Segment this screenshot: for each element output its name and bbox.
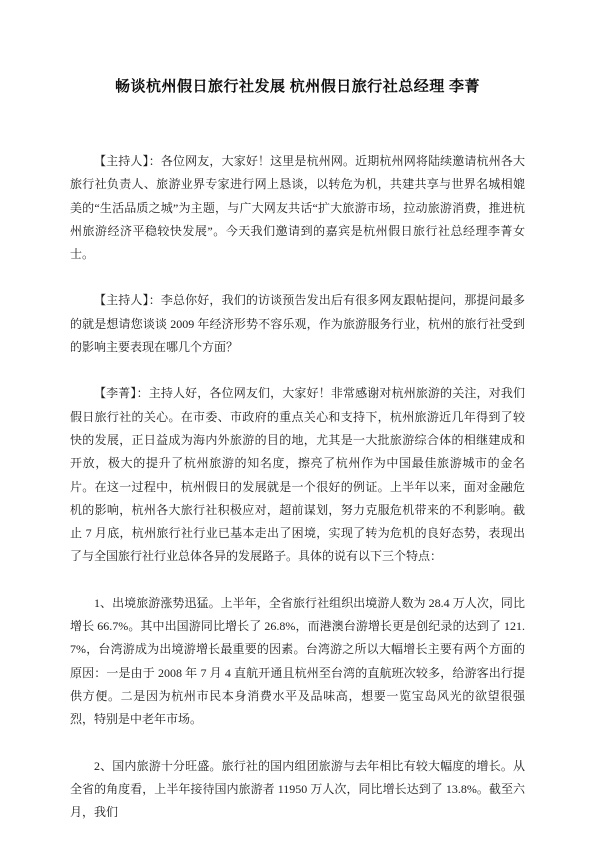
paragraph-host-intro: 【主持人】：各位网友，大家好！这里是杭州网。近期杭州网将陆续邀请杭州各大旅行社负… — [70, 150, 525, 266]
paragraph-point-2-domestic-travel: 2、国内旅游十分旺盛。旅行社的国内组团旅游与去年相比有较大幅度的增长。从全省的角… — [70, 755, 525, 825]
paragraph-point-1-outbound-travel: 1、出境旅游涨势迅猛。上半年，全省旅行社组织出境游人数为 28.4 万人次，同比… — [70, 592, 525, 732]
document-title: 畅谈杭州假日旅行社发展 杭州假日旅行社总经理 李菁 — [70, 76, 525, 98]
paragraph-host-question: 【主持人】：李总你好，我们的访谈预告发出后有很多网友跟帖提问，那提问最多的就是想… — [70, 289, 525, 359]
paragraph-lijing-answer: 【李菁】：主持人好，各位网友们，大家好！非常感谢对杭州旅游的关注，对我们假日旅行… — [70, 382, 525, 568]
document-page: 畅谈杭州假日旅行社发展 杭州假日旅行社总经理 李菁 【主持人】：各位网友，大家好… — [0, 0, 595, 842]
